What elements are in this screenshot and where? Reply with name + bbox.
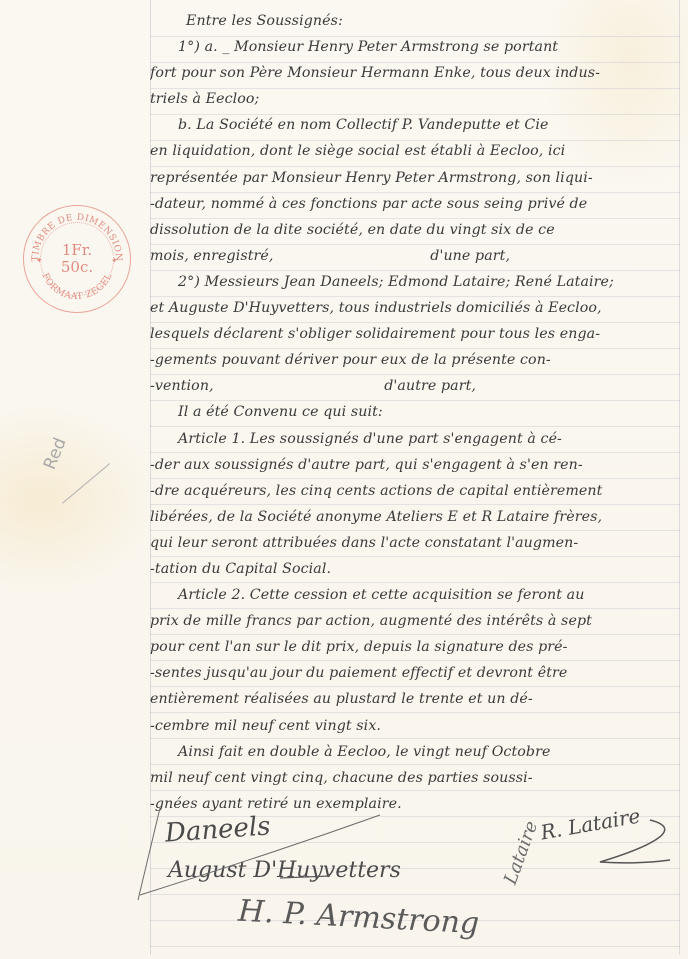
text-line: -gements pouvant dériver pour eux de la …: [150, 347, 680, 373]
stamp-value-francs: 1Fr.: [24, 242, 130, 259]
text-line: et Auguste D'Huyvetters, tous industriel…: [150, 295, 680, 321]
text-line: Article 2. Cette cession et cette acquis…: [150, 582, 680, 608]
text-line: lesquels déclarent s'obliger solidaireme…: [150, 321, 680, 347]
text-line: représentée par Monsieur Henry Peter Arm…: [150, 165, 680, 191]
margin-pencil-note: Red: [40, 435, 71, 472]
text-line: pour cent l'an sur le dit prix, depuis l…: [150, 634, 680, 660]
margin-pencil-stroke: [62, 463, 110, 504]
text-line: Article 1. Les soussignés d'une part s'e…: [150, 426, 680, 452]
text-line: libérées, de la Société anonyme Ateliers…: [150, 504, 680, 530]
text-line: mois, enregistré, d'une part,: [150, 243, 680, 269]
tax-stamp: TIMBRE DE DIMENSION FORMAAT ZEGEL ✦ ✦ 1F…: [23, 205, 131, 313]
text-line: Il a été Convenu ce qui suit:: [150, 399, 680, 425]
text-line: -dateur, nommé à ces fonctions par acte …: [150, 191, 680, 217]
text-line: mil neuf cent vingt cinq, chacune des pa…: [150, 765, 680, 791]
text-line: 1°) a. _ Monsieur Henry Peter Armstrong …: [150, 34, 680, 60]
text-line: dissolution de la dite société, en date …: [150, 217, 680, 243]
contract-body-text: Entre les Soussignés:1°) a. _ Monsieur H…: [150, 8, 680, 817]
text-line: entièrement réalisées au plustard le tre…: [150, 686, 680, 712]
text-line: qui leur seront attribuées dans l'acte c…: [150, 530, 680, 556]
text-line: triels à Eecloo;: [150, 86, 680, 112]
text-line: Entre les Soussignés:: [150, 8, 680, 34]
document-page: TIMBRE DE DIMENSION FORMAAT ZEGEL ✦ ✦ 1F…: [0, 0, 688, 959]
text-line: en liquidation, dont le siège social est…: [150, 138, 680, 164]
text-line: -dre acquéreurs, les cinq cents actions …: [150, 478, 680, 504]
stamp-value-cents: 50c.: [24, 259, 130, 276]
text-line: -tation du Capital Social.: [150, 556, 680, 582]
text-line: -cembre mil neuf cent vingt six.: [150, 713, 680, 739]
text-line: -vention, d'autre part,: [150, 373, 680, 399]
text-line: prix de mille francs par action, augment…: [150, 608, 680, 634]
text-line: Ainsi fait en double à Eecloo, le vingt …: [150, 739, 680, 765]
text-line: fort pour son Père Monsieur Hermann Enke…: [150, 60, 680, 86]
signature-flourishes: [130, 800, 688, 910]
text-line: b. La Société en nom Collectif P. Vandep…: [150, 112, 680, 138]
text-line: 2°) Messieurs Jean Daneels; Edmond Latai…: [150, 269, 680, 295]
text-line: -der aux soussignés d'autre part, qui s'…: [150, 452, 680, 478]
text-line: -sentes jusqu'au jour du paiement effect…: [150, 660, 680, 686]
